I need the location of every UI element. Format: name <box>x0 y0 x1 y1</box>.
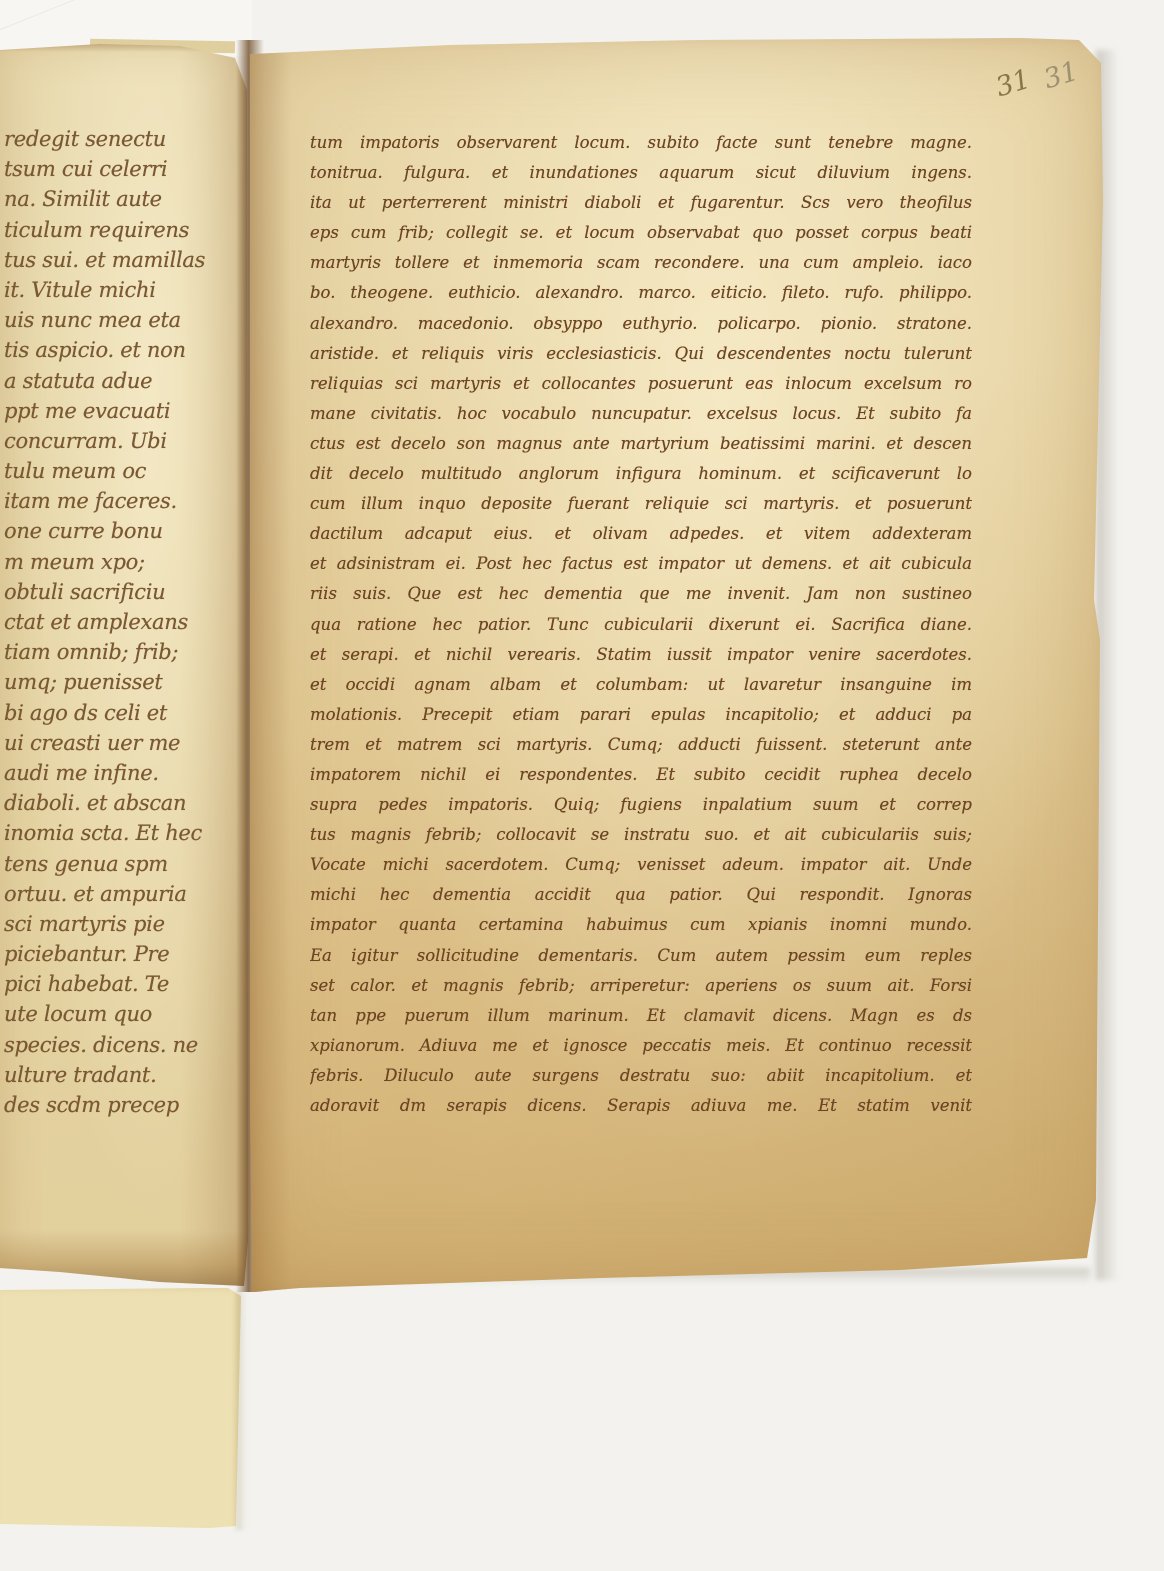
manuscript-text-line: obtuli sacrificiu <box>4 577 222 607</box>
manuscript-text-line: na. Similit aute <box>4 184 222 214</box>
manuscript-recto-page: 31 31 tum impatoris observarent locum. s… <box>248 34 1108 1296</box>
manuscript-text-line: piciebantur. Pre <box>4 939 222 969</box>
manuscript-text-line: ute locum quo <box>4 999 222 1029</box>
manuscript-text-line: species. dicens. ne <box>4 1030 222 1060</box>
manuscript-text-line: tsum cui celerri <box>4 154 222 184</box>
manuscript-text-line: dit decelo multitudo anglorum infigura h… <box>310 459 972 489</box>
manuscript-text-line: alexandro. macedonio. obsyppo euthyrio. … <box>310 309 972 339</box>
manuscript-text-line: tonitrua. fulgura. et inundationes aquar… <box>310 158 972 188</box>
manuscript-text-line: tens genua spm <box>4 849 222 879</box>
manuscript-text-line: mane civitatis. hoc vocabulo nuncupatur.… <box>310 399 972 429</box>
manuscript-text-line: cum illum inquo deposite fuerant reliqui… <box>310 489 972 519</box>
manuscript-text-line: aristide. et reliquis viris ecclesiastic… <box>310 339 972 369</box>
manuscript-text-line: et occidi agnam albam et columbam: ut la… <box>310 670 972 700</box>
manuscript-text-line: tum impatoris observarent locum. subito … <box>310 128 972 158</box>
manuscript-text-line: molationis. Precepit etiam parari epulas… <box>310 700 972 730</box>
manuscript-text-line: reliquias sci martyris et collocantes po… <box>310 369 972 399</box>
manuscript-text-line: uis nunc mea eta <box>4 305 222 335</box>
manuscript-text-line: febris. Diluculo aute surgens destratu s… <box>310 1061 972 1091</box>
manuscript-text-line: inomia scta. Et hec <box>4 818 222 848</box>
manuscript-text-line: itam me faceres. <box>4 486 222 516</box>
manuscript-text-line: sci martyris pie <box>4 909 222 939</box>
manuscript-text-line: supra pedes impatoris. Quiq; fugiens inp… <box>310 790 972 820</box>
manuscript-text-line: eps cum frib; collegit se. et locum obse… <box>310 218 972 248</box>
manuscript-text-line: tan ppe puerum illum marinum. Et clamavi… <box>310 1001 972 1031</box>
folio-number-ink: 31 <box>992 64 1034 104</box>
manuscript-text-line: martyris tollere et inmemoria scam recon… <box>310 248 972 278</box>
manuscript-text-line: et adsinistram ei. Post hec factus est i… <box>310 549 972 579</box>
manuscript-text-line: one curre bonu <box>4 516 222 546</box>
manuscript-text-line: pici habebat. Te <box>4 969 222 999</box>
manuscript-text-line: a statuta adue <box>4 366 222 396</box>
manuscript-text-line: michi hec dementia accidit qua patior. Q… <box>310 880 972 910</box>
manuscript-text-line: riis suis. Que est hec dementia que me i… <box>310 579 972 609</box>
manuscript-text-line: set calor. et magnis febrib; arriperetur… <box>310 971 972 1001</box>
manuscript-text-line: tis aspicio. et non <box>4 335 222 365</box>
interleaf-edge-shadow <box>236 1290 246 1530</box>
manuscript-text-line: qua ratione hec patior. Tunc cubicularii… <box>310 610 972 640</box>
manuscript-text-line: ortuu. et ampuria <box>4 879 222 909</box>
manuscript-text-line: ita ut perterrerent ministri diaboli et … <box>310 188 972 218</box>
manuscript-text-line: Vocate michi sacerdotem. Cumq; venisset … <box>310 850 972 880</box>
manuscript-text-line: m meum xpo; <box>4 547 222 577</box>
manuscript-text-line: trem et matrem sci martyris. Cumq; adduc… <box>310 730 972 760</box>
manuscript-text-line: impatorem nichil ei respondentes. Et sub… <box>310 760 972 790</box>
manuscript-text-line: bo. theogene. euthicio. alexandro. marco… <box>310 278 972 308</box>
main-text-block: tum impatoris observarent locum. subito … <box>310 128 972 1121</box>
manuscript-text-line: ui creasti uer me <box>4 728 222 758</box>
manuscript-text-line: tulu meum oc <box>4 456 222 486</box>
manuscript-photograph: redegit senectutsum cui celerrina. Simil… <box>0 0 1164 1571</box>
manuscript-text-line: ppt me evacuati <box>4 396 222 426</box>
manuscript-text-line: tus sui. et mamillas <box>4 245 222 275</box>
manuscript-text-line: tiam omnib; frib; <box>4 637 222 667</box>
facing-page-text-column: redegit senectutsum cui celerrina. Simil… <box>4 124 222 1120</box>
manuscript-text-line: ulture tradant. <box>4 1060 222 1090</box>
manuscript-text-line: redegit senectu <box>4 124 222 154</box>
manuscript-text-line: audi me infine. <box>4 758 222 788</box>
manuscript-text-line: ctat et amplexans <box>4 607 222 637</box>
interleaf-paper <box>0 1288 244 1534</box>
manuscript-text-line: tus magnis febrib; collocavit se instrat… <box>310 820 972 850</box>
manuscript-text-line: ctus est decelo son magnus ante martyriu… <box>310 429 972 459</box>
manuscript-text-line: impator quanta certamina habuimus cum xp… <box>310 910 972 940</box>
manuscript-text-line: umq; puenisset <box>4 667 222 697</box>
folio-number-pencil: 31 <box>1040 56 1082 96</box>
manuscript-text-line: diaboli. et abscan <box>4 788 222 818</box>
manuscript-text-line: Ea igitur sollicitudine dementaris. Cum … <box>310 941 972 971</box>
manuscript-text-line: bi ago ds celi et <box>4 698 222 728</box>
manuscript-text-line: adoravit dm serapis dicens. Serapis adiu… <box>310 1091 972 1121</box>
manuscript-text-line: des scdm precep <box>4 1090 222 1120</box>
manuscript-text-line: ticulum requirens <box>4 215 222 245</box>
manuscript-text-line: dactilum adcaput eius. et olivam adpedes… <box>310 519 972 549</box>
manuscript-text-line: it. Vitule michi <box>4 275 222 305</box>
manuscript-text-line: et serapi. et nichil verearis. Statim iu… <box>310 640 972 670</box>
manuscript-text-line: concurram. Ubi <box>4 426 222 456</box>
manuscript-text-line: xpianorum. Adiuva me et ignosce peccatis… <box>310 1031 972 1061</box>
facing-page-bottom-roll <box>0 1230 250 1292</box>
facing-page-edge: redegit senectutsum cui celerrina. Simil… <box>0 42 250 1292</box>
